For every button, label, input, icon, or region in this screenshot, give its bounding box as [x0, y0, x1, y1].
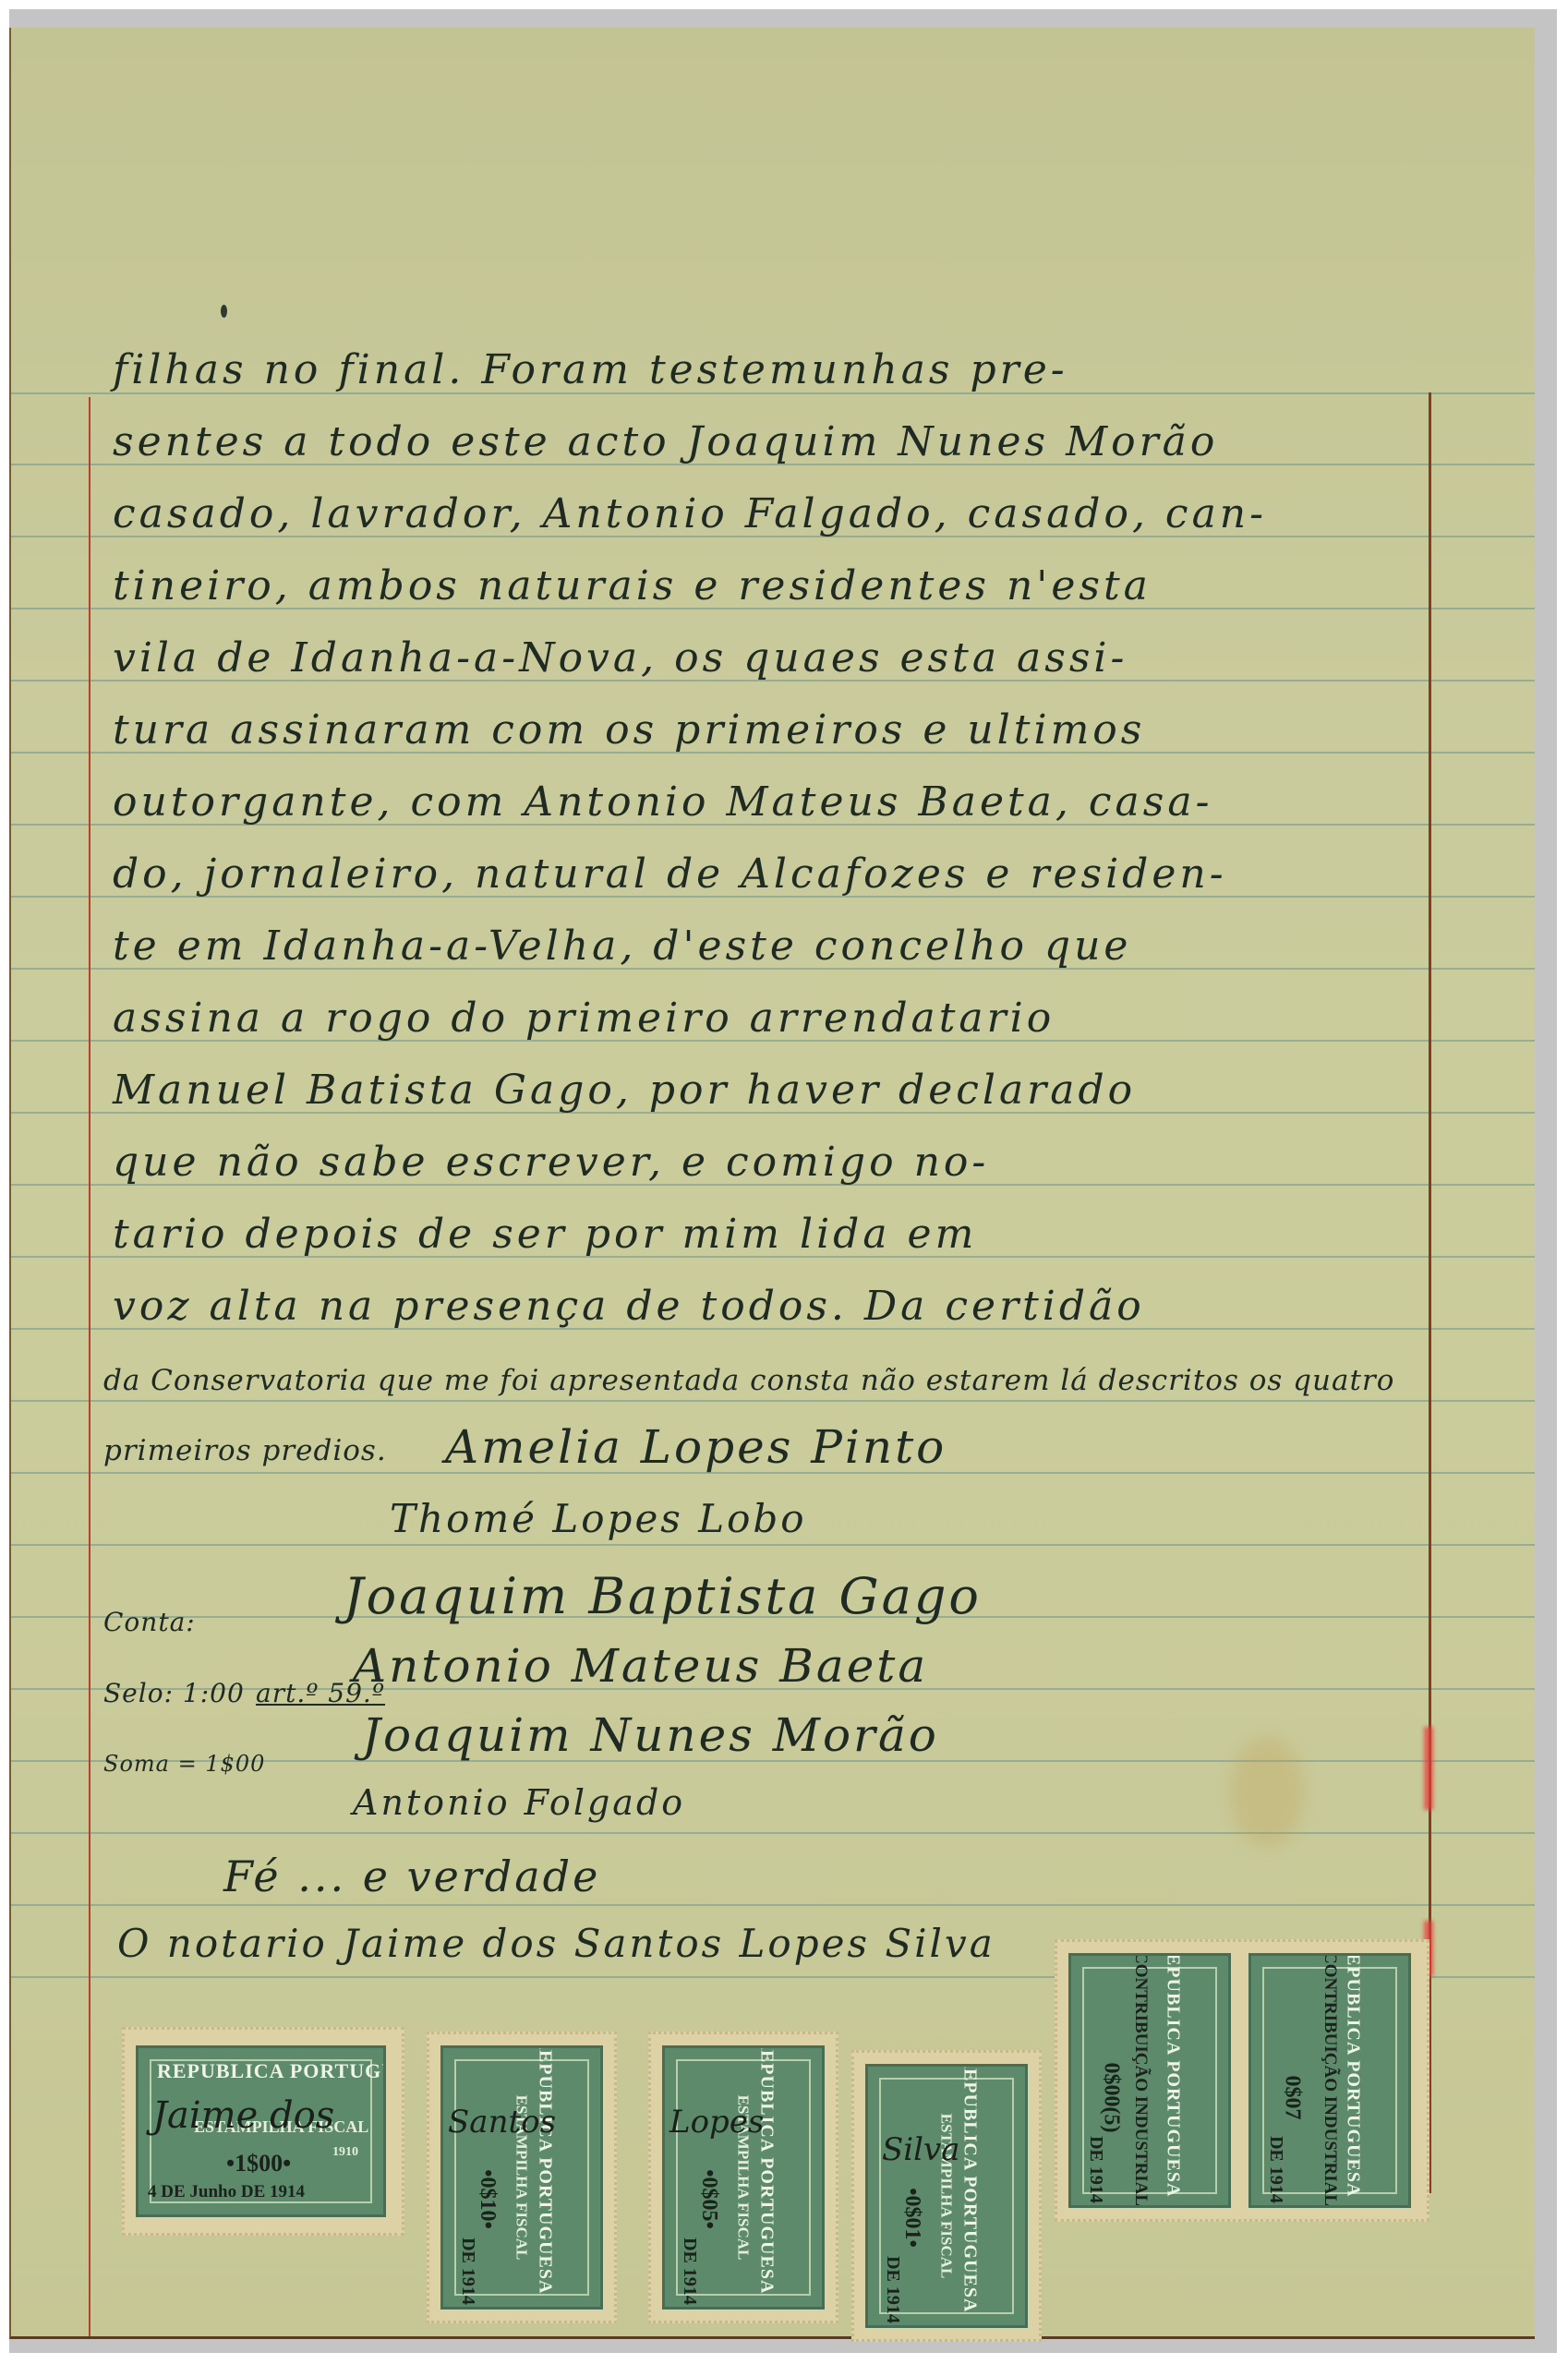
margin-note-selo: Selo: 1:00	[103, 1678, 245, 1708]
body-line: tura assinaram com os primeiros e ultimo…	[113, 706, 1145, 754]
body-line: da Conservatoria que me foi apresentada …	[103, 1364, 1394, 1397]
body-line: filhas no final. Foram testemunhas pre-	[113, 346, 1068, 393]
signature-antonio-folgado: Antonio Folgado	[353, 1782, 685, 1823]
paper-stain	[1230, 1736, 1304, 1847]
stamp-header: REPUBLICA PORTUGUESA	[1163, 1953, 1184, 2208]
ruled-line	[11, 1832, 1535, 1834]
stamp-header: REPUBLICA PORTUGUESA	[959, 2064, 981, 2328]
margin-note-article: art.º 59.º	[256, 1678, 385, 1708]
stamp-overprint: CONTRIBUIÇÃO INDUSTRIAL	[1321, 1953, 1339, 2164]
signature-thome-lopes-lobo: Thomé Lopes Lobo	[390, 1496, 807, 1541]
stamp-date: DE 1914	[679, 2237, 700, 2305]
red-ink-smear	[1424, 1727, 1433, 1810]
stamp-date: DE 1914	[1265, 2136, 1286, 2203]
contribuicao-industrial-stamp-half-centavo: REPUBLICA PORTUGUESA CONTRIBUIÇÃO INDUST…	[1068, 1953, 1231, 2208]
document-page: filhas no final. Foram testemunhas pre- …	[9, 28, 1535, 2339]
ink-blot	[221, 305, 227, 318]
body-line: primeiros predios.	[103, 1434, 387, 1467]
stamp-value: •0$05•	[696, 2169, 721, 2229]
stamp-header: REPUBLICA PORTUGUESA	[157, 2059, 386, 2083]
stamp-date: DE 1914	[457, 2237, 478, 2305]
ruled-line	[11, 1400, 1535, 1402]
stamp-value: •1$00•	[226, 2150, 291, 2177]
margin-note-conta: Conta:	[103, 1607, 196, 1637]
stamp-header: REPUBLICA PORTUGUESA	[535, 2045, 556, 2310]
stamp-date: DE 1914	[882, 2256, 903, 2323]
body-line: outorgante, com Antonio Mateus Baeta, ca…	[113, 778, 1212, 826]
body-line: casado, lavrador, Antonio Falgado, casad…	[113, 490, 1267, 537]
body-line: te em Idanha-a-Velha, d'este concelho qu…	[113, 923, 1131, 970]
body-line: do, jornaleiro, natural de Alcafozes e r…	[113, 850, 1227, 898]
stamp-date: DE 1914	[1085, 2136, 1106, 2203]
stamp-value: 0$07	[1280, 2076, 1305, 2120]
stamp-cancel-signature: Jaime dos	[152, 2094, 334, 2137]
stamp-value: 0$00(5)	[1098, 2063, 1123, 2133]
stamp-value: •0$01•	[899, 2188, 924, 2248]
stamp-header: REPUBLICA PORTUGUESA	[756, 2045, 778, 2310]
contribuicao-industrial-stamp-7-centavos: REPUBLICA PORTUGUESA CONTRIBUIÇÃO INDUST…	[1248, 1953, 1411, 2208]
fiscal-stamp-5-centavos: REPUBLICA PORTUGUESA ESTAMPILHA FISCAL •…	[662, 2045, 825, 2310]
signature-antonio-mateus-baeta: Antonio Mateus Baeta	[353, 1639, 928, 1693]
stamp-overprint: CONTRIBUIÇÃO INDUSTRIAL	[1131, 1953, 1150, 2164]
ruled-line	[11, 1904, 1535, 1906]
stamp-cancel-signature: Lopes	[669, 2104, 764, 2141]
stamp-cancel-signature: Silva	[882, 2131, 960, 2168]
stamp-date: 4 DE Junho DE 1914	[148, 2182, 305, 2202]
body-line: voz alta na presença de todos. Da certid…	[113, 1283, 1145, 1330]
notary-signature-line: O notario Jaime dos Santos Lopes Silva	[117, 1921, 995, 1966]
margin-note-soma: Soma = 1$00	[103, 1751, 265, 1777]
signature-amelia-lopes-pinto: Amelia Lopes Pinto	[445, 1420, 947, 1474]
fiscal-stamp-10-centavos: REPUBLICA PORTUGUESA ESTAMPILHA FISCAL •…	[440, 2045, 603, 2310]
body-line: assina a rogo do primeiro arrendatario	[113, 995, 1055, 1042]
stamp-year: 1910	[332, 2145, 358, 2160]
stamp-cancel-signature: Santos	[448, 2104, 556, 2141]
body-line: vila de Idanha-a-Nova, os quaes esta ass…	[113, 634, 1128, 681]
body-line: tario depois de ser por mim lida em	[113, 1211, 977, 1258]
closing-fe-line: Fé ... e verdade	[223, 1851, 600, 1901]
signature-joaquim-baptista-gago: Joaquim Baptista Gago	[344, 1567, 982, 1625]
left-margin-line	[89, 397, 90, 2336]
body-line: tineiro, ambos naturais e residentes n'e…	[113, 562, 1152, 609]
body-line: Manuel Batista Gago, por haver declarado	[113, 1067, 1136, 1114]
body-line: que não sabe escrever, e comigo no-	[113, 1139, 989, 1186]
body-line: sentes a todo este acto Joaquim Nunes Mo…	[113, 418, 1218, 465]
signature-joaquim-nunes-morao: Joaquim Nunes Morão	[362, 1708, 939, 1762]
stamp-value: •0$10•	[475, 2169, 500, 2229]
fiscal-stamp-1-escudo: REPUBLICA PORTUGUESA ESTAMPILHA FISCAL 1…	[136, 2045, 386, 2217]
fiscal-stamp-1-centavo: REPUBLICA PORTUGUESA ESTAMPILHA FISCAL •…	[865, 2064, 1028, 2328]
stamp-header: REPUBLICA PORTUGUESA	[1343, 1953, 1364, 2208]
ruled-line	[11, 1544, 1535, 1546]
